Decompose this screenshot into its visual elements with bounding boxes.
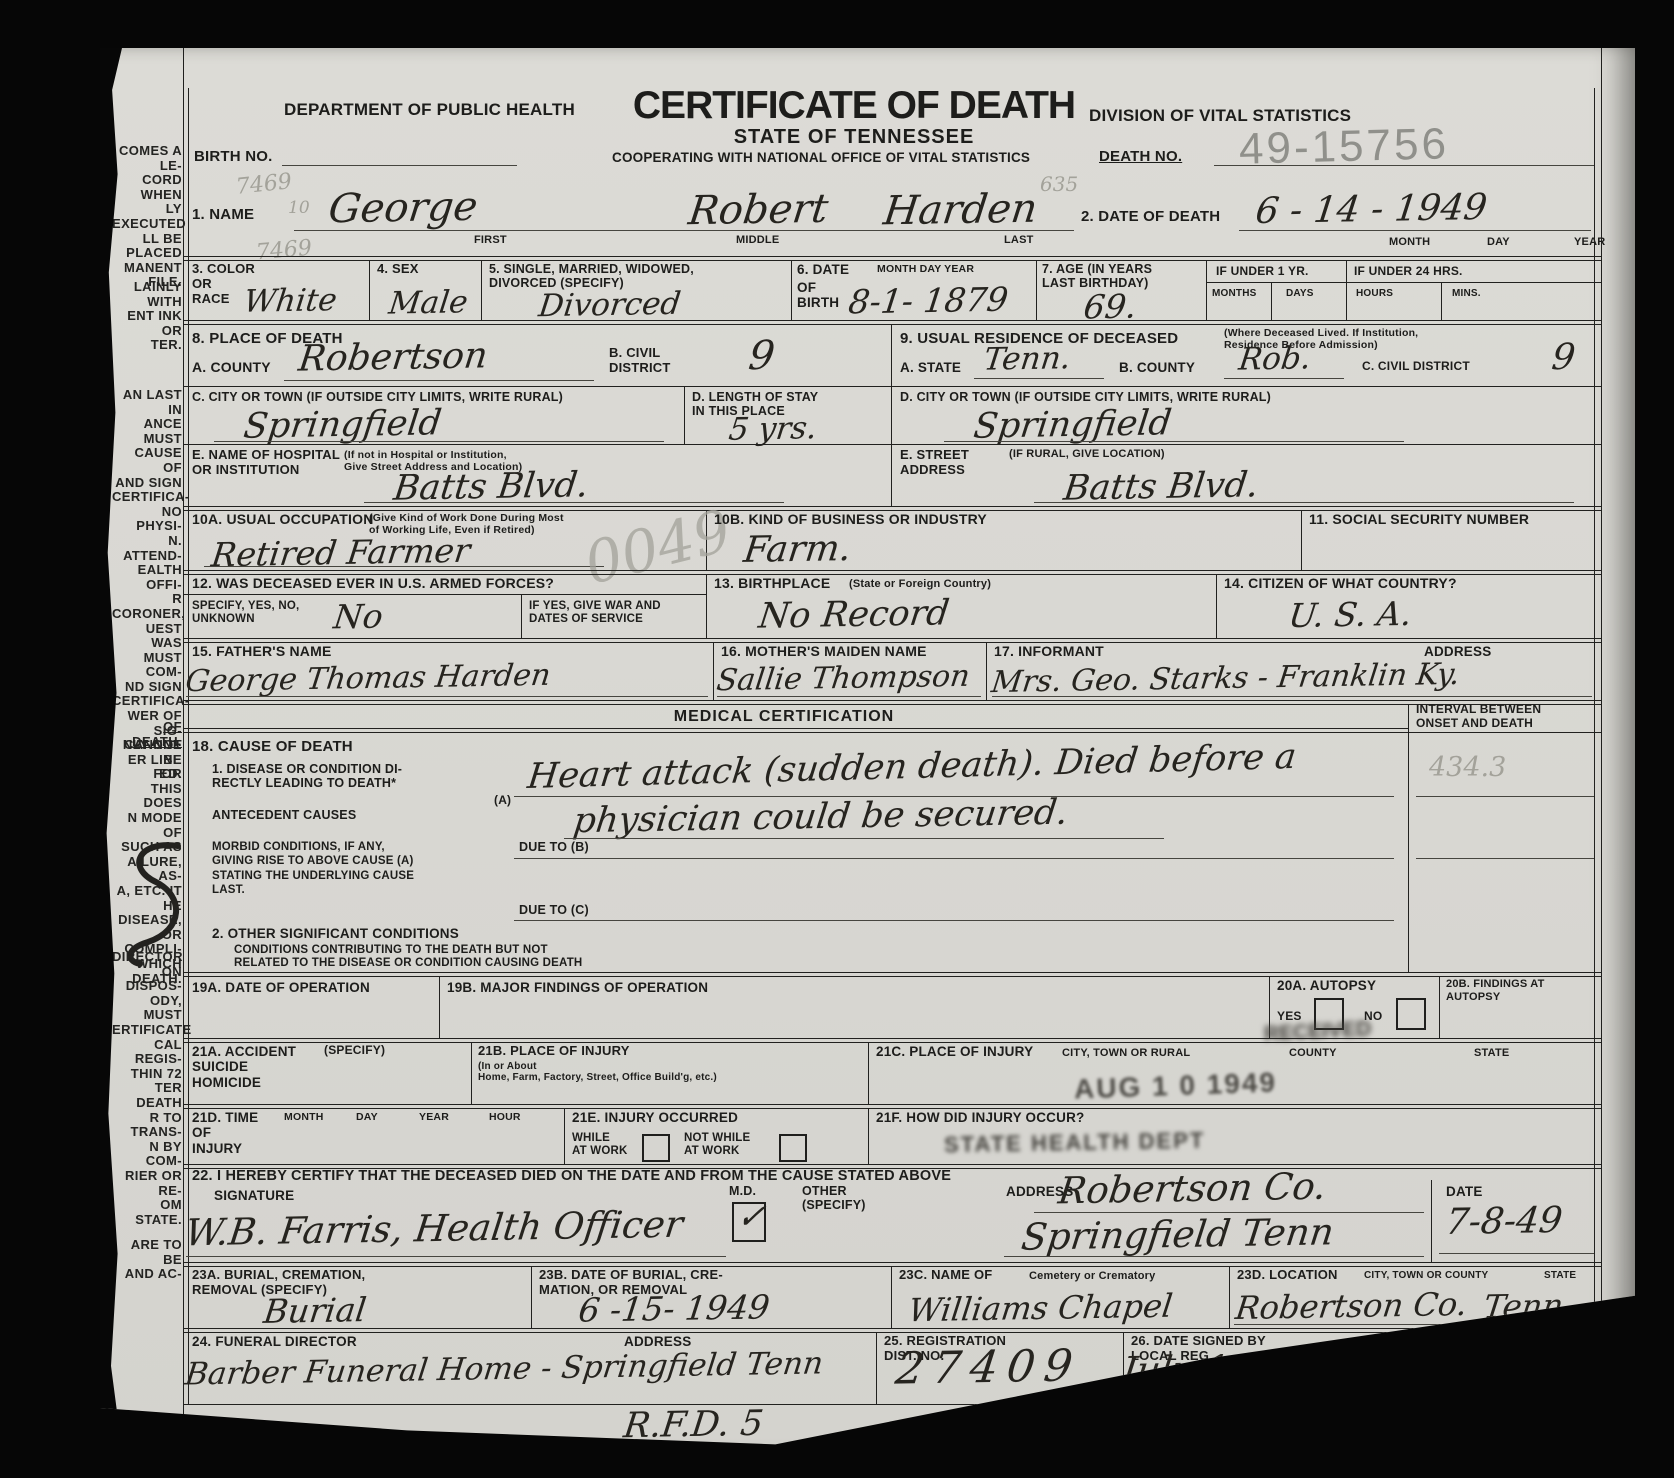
divider [564, 1108, 565, 1164]
city-label: C. CITY OR TOWN (IF OUTSIDE CITY LIMITS,… [192, 390, 563, 404]
certify-statement: 22. I HEREBY CERTIFY THAT THE DECEASED D… [192, 1168, 951, 1185]
while-at-work-checkbox [642, 1134, 670, 1162]
line [186, 696, 708, 697]
divider [706, 574, 707, 638]
rule [184, 1328, 1601, 1333]
received-date-stamp: AUG 1 0 1949 [1074, 1066, 1278, 1105]
occupation-label: 10A. USUAL OCCUPATION [192, 512, 374, 528]
cemetery-label: 23C. NAME OF [899, 1268, 992, 1283]
line [1004, 1256, 1424, 1257]
burial-state-sublabel: STATE [1544, 1270, 1576, 1281]
cooperating-label: COOPERATING WITH NATIONAL OFFICE OF VITA… [612, 150, 1030, 165]
year-sublabel: YEAR [1574, 236, 1605, 249]
pencil-cert-number: 635 [1040, 174, 1078, 194]
hospital-label: E. NAME OF HOSPITAL OR INSTITUTION [192, 448, 340, 478]
place-of-injury-sublabel: (In or About Home, Farm, Factory, Street… [478, 1061, 717, 1084]
rule [184, 1104, 1601, 1109]
cemetery-sublabel: Cemetery or Crematory [1029, 1270, 1155, 1283]
divider [868, 1108, 869, 1164]
funeral-director-rfd-value: R.F.D. 5 [622, 1407, 765, 1444]
morbid-label: MORBID CONDITIONS, IF ANY, GIVING RISE T… [212, 840, 414, 898]
certify-date-label: DATE [1446, 1184, 1483, 1199]
margin-note-funeral-director: DIRECTOR ON DISPOS- ODY, MUST ERTIFICATE… [112, 950, 182, 1227]
divider [1036, 260, 1037, 320]
residence-state-label: A. STATE [900, 360, 961, 375]
major-findings-label: 19B. MAJOR FINDINGS OF OPERATION [447, 980, 708, 995]
name-middle-value: Robert [686, 189, 830, 231]
line [1439, 1253, 1594, 1254]
armed-specify-label: SPECIFY, YES, NO, UNKNOWN [192, 600, 299, 626]
burial-location-sublabel: CITY, TOWN OR COUNTY [1364, 1270, 1488, 1281]
divider [531, 1266, 532, 1328]
registrar-signature-value: Thelma Duncan [1383, 1347, 1674, 1391]
date-of-death-value: 6 - 14 - 1949 [1254, 190, 1489, 230]
dob-value: 8-1- 1879 [847, 283, 1010, 319]
county-line [284, 380, 594, 381]
injury-day-label: DAY [356, 1112, 378, 1124]
rule [184, 972, 1601, 977]
line [564, 838, 1164, 839]
death-no-stamp: 49-15756 [1238, 119, 1449, 174]
state-health-dept-stamp: STATE HEALTH DEPT [944, 1128, 1206, 1159]
autopsy-findings-label: 20B. FINDINGS AT AUTOPSY [1446, 978, 1601, 1003]
scanned-death-certificate: COMES A LE- CORD WHEN LY EXECUTED LL BE … [0, 0, 1674, 1478]
dob-label2: OF BIRTH [797, 280, 839, 311]
how-injury-label: 21F. HOW DID INJURY OCCUR? [876, 1110, 1084, 1125]
certify-date-value: 7-8-49 [1444, 1203, 1565, 1241]
not-while-at-work-label: NOT WHILE AT WORK [684, 1132, 750, 1158]
autopsy-label: 20A. AUTOPSY [1277, 978, 1376, 993]
accident-specify-label: (SPECIFY) [324, 1044, 385, 1058]
father-label: 15. FATHER'S NAME [192, 644, 332, 660]
burial-type-value: Burial [262, 1293, 368, 1328]
place-of-injury2-label: 21C. PLACE OF INJURY [876, 1044, 1033, 1059]
injury-hour-label: HOUR [489, 1112, 521, 1124]
under-1yr-label: IF UNDER 1 YR. [1216, 265, 1309, 279]
certify-address-line1: Robertson Co. [1056, 1168, 1328, 1210]
length-of-stay-value: 5 yrs. [727, 413, 819, 446]
birth-no-label: BIRTH NO. [194, 148, 272, 165]
pencil-number-upper: 7469 [235, 171, 293, 199]
injury-state-label: STATE [1474, 1047, 1509, 1060]
antecedent-label: ANTECEDENT CAUSES [212, 808, 356, 822]
business-value: Farm. [742, 531, 853, 569]
pencil-number-mid: 10 [288, 200, 310, 217]
margin-note-legal-record: COMES A LE- CORD WHEN LY EXECUTED LL BE … [112, 144, 182, 290]
cause-line2-value: physician could be secured. [571, 796, 1070, 840]
pencil-scribble: 0049 [579, 501, 736, 593]
informant-label: 17. INFORMANT [994, 644, 1104, 660]
name-last-value: Harden [881, 189, 1039, 232]
residence-district-value: 9 [1550, 340, 1577, 376]
divider [791, 260, 792, 320]
mother-value: Sallie Thompson [715, 662, 972, 696]
other-conditions-sublabel: CONDITIONS CONTRIBUTING TO THE DEATH BUT… [234, 944, 582, 970]
divider [1346, 260, 1347, 320]
right-double-rule [1594, 88, 1595, 1404]
birthplace-sublabel: (State or Foreign Country) [849, 578, 991, 591]
while-at-work-label: WHILE AT WORK [572, 1132, 627, 1158]
street-sublabel: (IF RURAL, GIVE LOCATION) [1009, 448, 1165, 461]
divider [1408, 704, 1409, 972]
disease-a-label: (A) [494, 794, 511, 808]
rule [184, 700, 1601, 705]
line [1416, 858, 1594, 859]
line [186, 1256, 726, 1257]
line [992, 696, 1592, 697]
accident-suicide-label: 21A. ACCIDENT SUICIDE HOMICIDE [192, 1044, 296, 1090]
rule [184, 256, 1601, 261]
line [1234, 1324, 1594, 1325]
birthplace-value: No Record [757, 596, 951, 634]
injury-month-label: MONTH [284, 1112, 324, 1124]
injury-occurred-label: 21E. INJURY OCCURRED [572, 1110, 738, 1125]
name-first-value: George [326, 187, 479, 230]
rule [184, 1038, 1601, 1043]
line [974, 378, 1104, 379]
rule [184, 728, 1408, 733]
department-label: DEPARTMENT OF PUBLIC HEALTH [284, 100, 575, 119]
sub-rule [184, 386, 891, 387]
informant-value: Mrs. Geo. Starks - Franklin Ky. [990, 660, 1462, 698]
death-no-label: DEATH NO. [1099, 148, 1182, 165]
funeral-director-label: 24. FUNERAL DIRECTOR [192, 1334, 357, 1349]
divider [891, 324, 892, 506]
war-dates-label: IF YES, GIVE WAR AND DATES OF SERVICE [529, 600, 661, 626]
citizen-value: U. S. A. [1287, 597, 1414, 632]
burial-state-value: Tenn. [1482, 1289, 1575, 1323]
sub-rule [1408, 732, 1601, 733]
line [514, 920, 1394, 921]
divider [684, 386, 685, 444]
month-sublabel: MONTH [1389, 236, 1430, 249]
dob-label: 6. DATE [797, 262, 849, 277]
civil-district-label: B. CIVIL DISTRICT [609, 346, 671, 376]
certificate-paper: COMES A LE- CORD WHEN LY EXECUTED LL BE … [100, 48, 1635, 1450]
injury-city-label: CITY, TOWN OR RURAL [1062, 1047, 1190, 1060]
line [944, 441, 1404, 442]
divider [1441, 282, 1442, 320]
divider [1301, 510, 1302, 570]
divider [1229, 1266, 1230, 1328]
residence-city-value: Springfield [972, 406, 1174, 444]
cause-line1-value: Heart attack (sudden death). Died before… [526, 740, 1298, 795]
autopsy-no-checkbox [1396, 998, 1426, 1030]
day-sublabel: DAY [1487, 236, 1510, 249]
injury-year-label: YEAR [419, 1112, 449, 1124]
name-label: 1. NAME [192, 206, 254, 223]
armed-specify-value: No [332, 600, 385, 634]
place-of-injury-label: 21B. PLACE OF INJURY [478, 1044, 630, 1059]
middle-sublabel: MIDDLE [736, 234, 779, 247]
divider [481, 260, 482, 320]
birthplace-label: 13. BIRTHPLACE [714, 576, 830, 592]
date-of-death-label: 2. DATE OF DEATH [1081, 208, 1220, 225]
burial-location-value: Robertson Co. [1234, 1288, 1469, 1324]
line [1416, 796, 1594, 797]
city-line [214, 441, 664, 442]
residence-state-value: Tenn. [982, 343, 1072, 376]
pencil-interval-code: 434.3 [1429, 754, 1506, 781]
color-race-value: White [242, 285, 339, 318]
registration-dist-value: 27409 [893, 1344, 1084, 1391]
sub-rule [891, 386, 1601, 387]
time-of-injury-label: 21D. TIME OF INJURY [192, 1110, 258, 1156]
divider [521, 594, 522, 638]
father-value: George Thomas Harden [184, 661, 552, 697]
divider [1271, 282, 1272, 320]
certify-address-line2: Springfield Tenn [1019, 1213, 1336, 1255]
date-of-operation-label: 19A. DATE OF OPERATION [192, 980, 370, 995]
divider [986, 642, 987, 700]
due-to-b-label: DUE TO (B) [519, 840, 589, 854]
civil-district-value: 9 [747, 336, 777, 376]
sub-rule [1206, 282, 1601, 283]
divider [891, 1266, 892, 1328]
divider [1439, 976, 1440, 1038]
sex-label: 4. SEX [377, 262, 419, 277]
under-24hrs-label: IF UNDER 24 HRS. [1354, 265, 1463, 279]
rule [184, 320, 1601, 325]
funeral-director-value: Barber Funeral Home - Springfield Tenn [183, 1348, 825, 1390]
divider [439, 976, 440, 1038]
sub-rule [184, 594, 706, 595]
divider [369, 260, 370, 320]
left-double-rule [188, 88, 189, 1404]
marital-value: Divorced [537, 289, 682, 322]
divider [1381, 1332, 1382, 1404]
county-label: A. COUNTY [192, 360, 271, 376]
medical-certification-title: MEDICAL CERTIFICATION [384, 708, 1184, 726]
sub-rule [891, 444, 1601, 445]
line [514, 858, 1394, 859]
hospital-value: Batts Blvd. [392, 468, 591, 506]
street-value: Batts Blvd. [1062, 468, 1261, 506]
registrar-label: 27. REGISTRAR'S SIGNATURE [1389, 1334, 1583, 1349]
certifier-signature-value: W.B. Farris, Health Officer [183, 1206, 685, 1252]
last-sublabel: LAST [1004, 234, 1034, 247]
burial-location-label: 23D. LOCATION [1237, 1268, 1338, 1283]
hours-label: HOURS [1356, 288, 1393, 299]
residence-district-label: C. CIVIL DISTRICT [1362, 360, 1470, 374]
other-specify-label: OTHER (SPECIFY) [802, 1184, 866, 1213]
sex-value: Male [387, 287, 469, 319]
citizen-label: 14. CITIZEN OF WHAT COUNTRY? [1224, 576, 1457, 592]
rule [184, 638, 1601, 643]
certificate-title: CERTIFICATE OF DEATH [614, 84, 1094, 128]
months-label: MONTHS [1212, 288, 1257, 299]
street-label: E. STREET ADDRESS [900, 448, 969, 478]
other-conditions-label: 2. OTHER SIGNIFICANT CONDITIONS [212, 926, 459, 941]
divider [1206, 260, 1207, 320]
margin-note-are-to-be: ARE TO BE AND AC- [112, 1238, 182, 1282]
rule [184, 1262, 1601, 1267]
disease-label: 1. DISEASE OR CONDITION DI- RECTLY LEADI… [212, 762, 402, 791]
divider [876, 1332, 877, 1404]
residence-county-value: Rob. [1237, 343, 1313, 375]
burial-date-value: 6 -15- 1949 [577, 1290, 772, 1326]
age-value: 69. [1082, 290, 1139, 324]
certificate-form: DEPARTMENT OF PUBLIC HEALTH CERTIFICATE … [183, 48, 1602, 1450]
interval-label: INTERVAL BETWEEN ONSET AND DEATH [1416, 703, 1541, 730]
mother-label: 16. MOTHER'S MAIDEN NAME [721, 644, 927, 660]
rule [184, 506, 1601, 511]
state-label: STATE OF TENNESSEE [614, 126, 1094, 149]
md-checkmark: ✓ [735, 1200, 768, 1234]
dob-mdy-sublabel: MONTH DAY YEAR [877, 264, 974, 276]
residence-county-label: B. COUNTY [1119, 360, 1195, 375]
first-sublabel: FIRST [474, 234, 507, 247]
county-value: Robertson [297, 338, 490, 377]
cemetery-value: Williams Chapel [907, 1290, 1175, 1327]
days-label: DAYS [1286, 288, 1314, 299]
residence-city-label: D. CITY OR TOWN (IF OUTSIDE CITY LIMITS,… [900, 390, 1271, 404]
margin-note-ink: LAINLY WITH ENT INK OR TER. [112, 280, 182, 353]
sub-rule [184, 444, 891, 445]
business-label: 10B. KIND OF BUSINESS OR INDUSTRY [714, 512, 987, 528]
line [1034, 502, 1574, 503]
divider [471, 1042, 472, 1104]
cause-of-death-title: 18. CAUSE OF DEATH [192, 738, 353, 755]
city-value: Springfield [242, 406, 444, 444]
divider [1431, 1180, 1432, 1262]
due-to-c-label: DUE TO (C) [519, 903, 589, 917]
divider [1216, 574, 1217, 638]
line [717, 696, 981, 697]
armed-forces-label: 12. WAS DECEASED EVER IN U.S. ARMED FORC… [192, 576, 554, 592]
rule [184, 570, 1601, 575]
mins-label: MINS. [1452, 288, 1481, 299]
signature-label: SIGNATURE [214, 1188, 294, 1203]
divider [713, 642, 714, 700]
injury-county-label: COUNTY [1289, 1047, 1337, 1060]
date-signed-value: July 12, 1949 [1119, 1348, 1372, 1389]
divider [868, 1042, 869, 1104]
line [204, 566, 604, 567]
not-while-at-work-checkbox [779, 1134, 807, 1162]
birth-no-line [282, 165, 517, 166]
ssn-label: 11. SOCIAL SECURITY NUMBER [1309, 512, 1529, 528]
line [1224, 378, 1344, 379]
